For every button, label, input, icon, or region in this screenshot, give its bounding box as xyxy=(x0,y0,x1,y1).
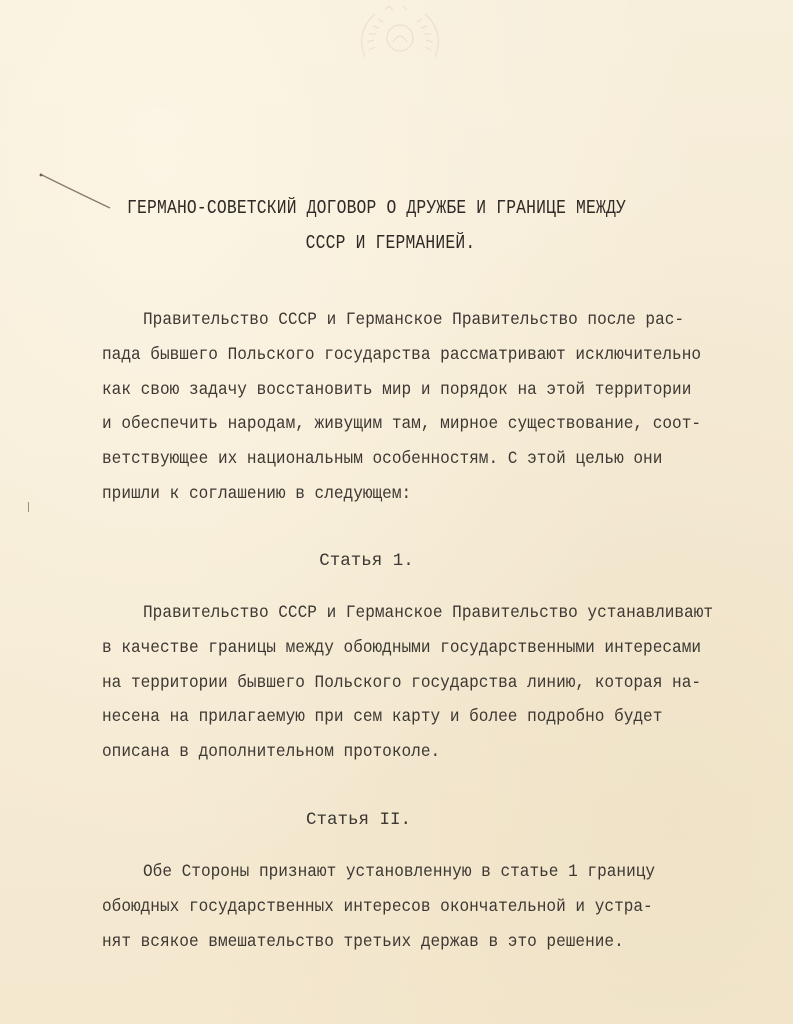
article-2-line: Обе Стороны признают установленную в ста… xyxy=(143,862,655,882)
article-1-heading: Статья 1. xyxy=(0,551,763,571)
state-emblem-watermark-icon xyxy=(345,2,455,72)
article-1-line: описана в дополнительном протоколе. xyxy=(102,742,440,762)
document-title-line-1: ГЕРМАНО-СОВЕТСКИЙ ДОГОВОР О ДРУЖБЕ И ГРА… xyxy=(36,197,718,219)
article-2-line: нят всякое вмешательство третьих держав … xyxy=(102,932,624,952)
article-1-line: на территории бывшего Польского государс… xyxy=(102,673,701,693)
article-2-line: обоюдных государственных интересов оконч… xyxy=(102,897,653,917)
article-1-line: Правительство СССР и Германское Правител… xyxy=(143,603,713,623)
article-1-line: несена на прилагаемую при сем карту и бо… xyxy=(102,707,662,727)
preamble-line: пада бывшего Польского государства рассм… xyxy=(102,345,701,365)
article-1-line: в качестве границы между обоюдными госуд… xyxy=(102,638,701,658)
preamble-line: пришли к соглашению в следующем: xyxy=(102,484,411,504)
article-2-heading: Статья II. xyxy=(0,810,755,830)
document-title-line-2: СССР И ГЕРМАНИЕЙ. xyxy=(50,232,732,254)
margin-mark xyxy=(28,502,29,512)
preamble-line: ветствующее их национальным особенностям… xyxy=(102,449,662,469)
preamble-line: и обеспечить народам, живущим там, мирно… xyxy=(102,414,701,434)
preamble-line: как свою задачу восстановить мир и поряд… xyxy=(102,380,691,400)
preamble-line: Правительство СССР и Германское Правител… xyxy=(143,310,684,330)
document-page: ГЕРМАНО-СОВЕТСКИЙ ДОГОВОР О ДРУЖБЕ И ГРА… xyxy=(0,0,793,1024)
